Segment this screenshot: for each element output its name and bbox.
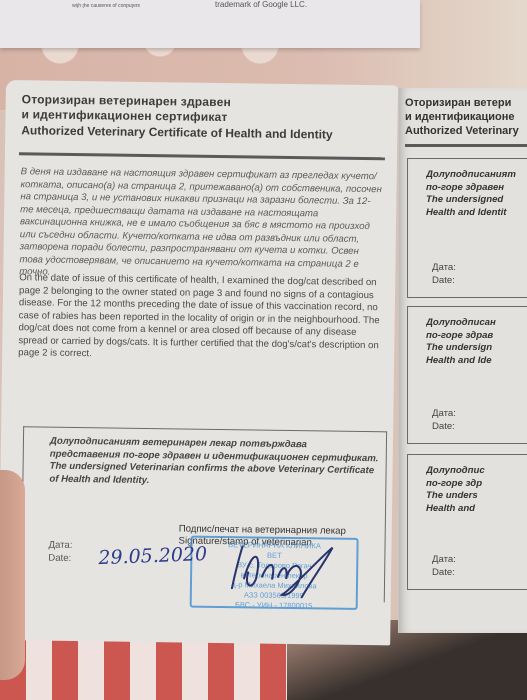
date-label-en: Date: [432,274,456,287]
statement-english: On the date of issue of this certificate… [18,272,381,365]
title-divider [19,152,385,160]
confirmation-panel: Долуподпис по-горе здр The unders Health… [407,454,527,590]
certificate-page: Оторизиран ветеринарен здравен и идентиф… [0,80,398,645]
box-trademark-text: trademark of Google LLC. [215,0,307,9]
thumb [0,470,25,680]
right-page-title: Оторизиран ветери и идентификационе Auth… [405,96,527,138]
date-label-en: Date: [432,420,456,433]
handwritten-date: 29.05.2020 [98,543,208,569]
date-label-en: Date: [432,566,456,579]
signature-icon [222,538,343,600]
confirmation-text: Долуподписаният ветеринарен лекар потвър… [49,436,380,491]
product-box: ѕɹǝʇnduoɔ ɟo sǝɹǝsnɐɔ ǝɥʇ ɥʇᴉʍ trademark… [0,0,420,48]
confirmation-panel: Долуподписан по-горе здрав The undersign… [407,306,527,444]
certificate-title: Оторизиран ветеринарен здравен и идентиф… [21,92,333,142]
statement-bulgarian: В деня на издаване на настоящия здравен … [19,166,383,284]
date-label: Дата: Date: [48,540,72,565]
right-page-divider [405,144,527,147]
confirmation-box: Долуподписаният ветеринарен лекар потвър… [21,426,387,602]
confirmation-panel: Долуподписаният по-горе здравен The unde… [407,158,527,298]
box-small-print: ѕɹǝʇnduoɔ ɟo sǝɹǝsnɐɔ ǝɥʇ ɥʇᴉʍ [70,2,140,8]
date-label-bg: Дата: [432,261,456,274]
date-label-bg: Дата: [432,553,456,566]
date-label-bg: Дата: [432,407,456,420]
right-page: Оторизиран ветери и идентификационе Auth… [398,88,527,633]
